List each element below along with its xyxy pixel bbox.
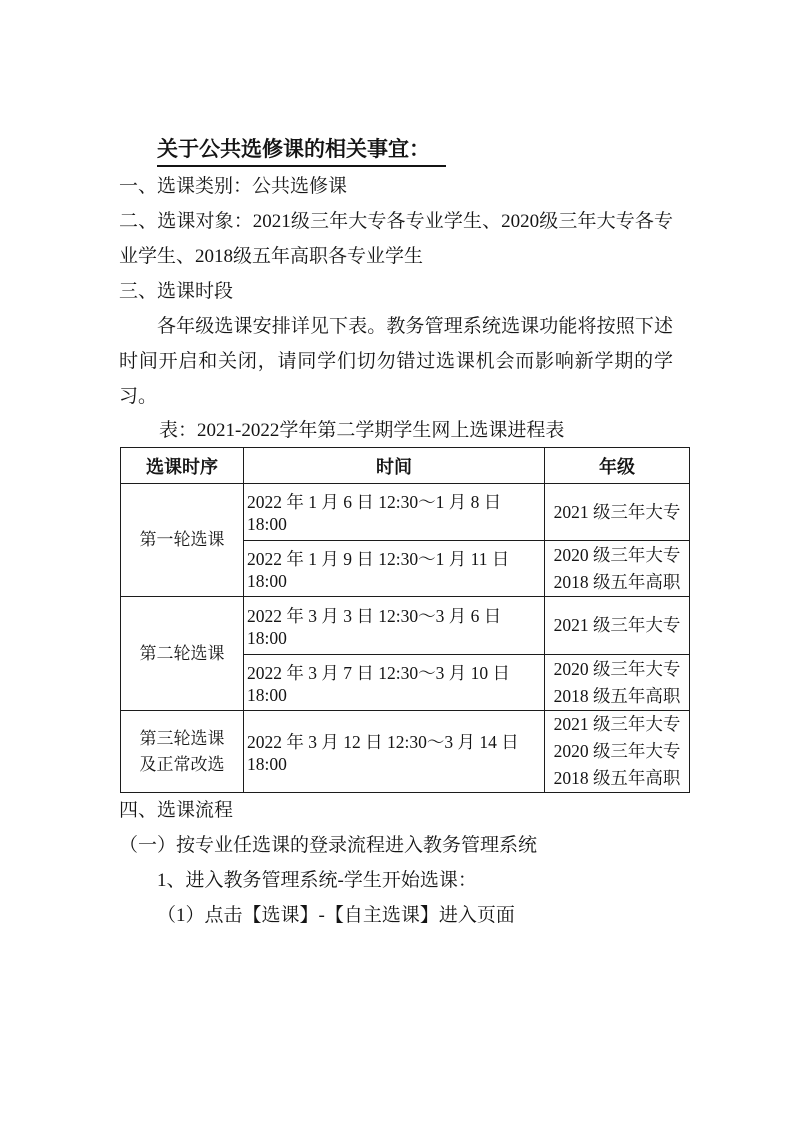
table-caption: 表：2021-2022学年第二学期学生网上选课进程表 [119,414,673,447]
para-course-type: 一、选课类别：公共选修课 [119,169,673,204]
document-title-text: 关于公共选修课的相关事宜： [157,134,446,167]
grade-cell: 2021 级三年大专 2020 级三年大专 2018 级五年高职 [545,711,690,793]
header-cell-round: 选课时序 [121,448,244,484]
time-cell: 2022 年 3 月 3 日 12:30～3 月 6 日 18:00 [244,597,545,655]
time-cell: 2022 年 1 月 9 日 12:30～1 月 11 日 18:00 [244,541,545,597]
table-header-row: 选课时序 时间 年级 [121,448,690,484]
para-process-step1: 1、进入教务管理系统-学生开始选课： [119,863,673,898]
table-row: 第三轮选课 及正常改选 2022 年 3 月 12 日 12:30～3 月 14… [121,711,690,793]
grade-cell: 2021 级三年大专 [545,597,690,655]
round-label-cell: 第二轮选课 [121,597,244,711]
round-label-cell: 第一轮选课 [121,484,244,597]
para-process-step1-1: （1）点击【选课】-【自主选课】进入页面 [119,898,673,933]
table-row: 第一轮选课 2022 年 1 月 6 日 12:30～1 月 8 日 18:00… [121,484,690,541]
grade-cell: 2021 级三年大专 [545,484,690,541]
para-course-target: 二、选课对象：2021级三年大专各专业学生、2020级三年大专各专业学生、201… [119,204,673,274]
time-cell: 2022 年 3 月 7 日 12:30～3 月 10 日 18:00 [244,655,545,711]
time-cell: 2022 年 1 月 6 日 12:30～1 月 8 日 18:00 [244,484,545,541]
document-title: 关于公共选修课的相关事宜： [119,134,673,167]
grade-cell: 2020 级三年大专 2018 级五年高职 [545,541,690,597]
para-process-heading: 四、选课流程 [119,793,673,828]
para-process-sub1: （一）按专业任选课的登录流程进入教务管理系统 [119,828,673,863]
grade-cell: 2020 级三年大专 2018 级五年高职 [545,655,690,711]
para-time-section-body: 各年级选课安排详见下表。教务管理系统选课功能将按照下述时间开启和关闭，请同学们切… [119,309,673,414]
header-cell-grade: 年级 [545,448,690,484]
time-cell: 2022 年 3 月 12 日 12:30～3 月 14 日 18:00 [244,711,545,793]
para-time-section-heading: 三、选课时段 [119,274,673,309]
header-cell-time: 时间 [244,448,545,484]
round-label-cell: 第三轮选课 及正常改选 [121,711,244,793]
document-page: 关于公共选修课的相关事宜： 一、选课类别：公共选修课 二、选课对象：2021级三… [0,0,793,1122]
course-selection-schedule-table: 选课时序 时间 年级 第一轮选课 2022 年 1 月 6 日 12:30～1 … [120,447,690,793]
table-row: 第二轮选课 2022 年 3 月 3 日 12:30～3 月 6 日 18:00… [121,597,690,655]
